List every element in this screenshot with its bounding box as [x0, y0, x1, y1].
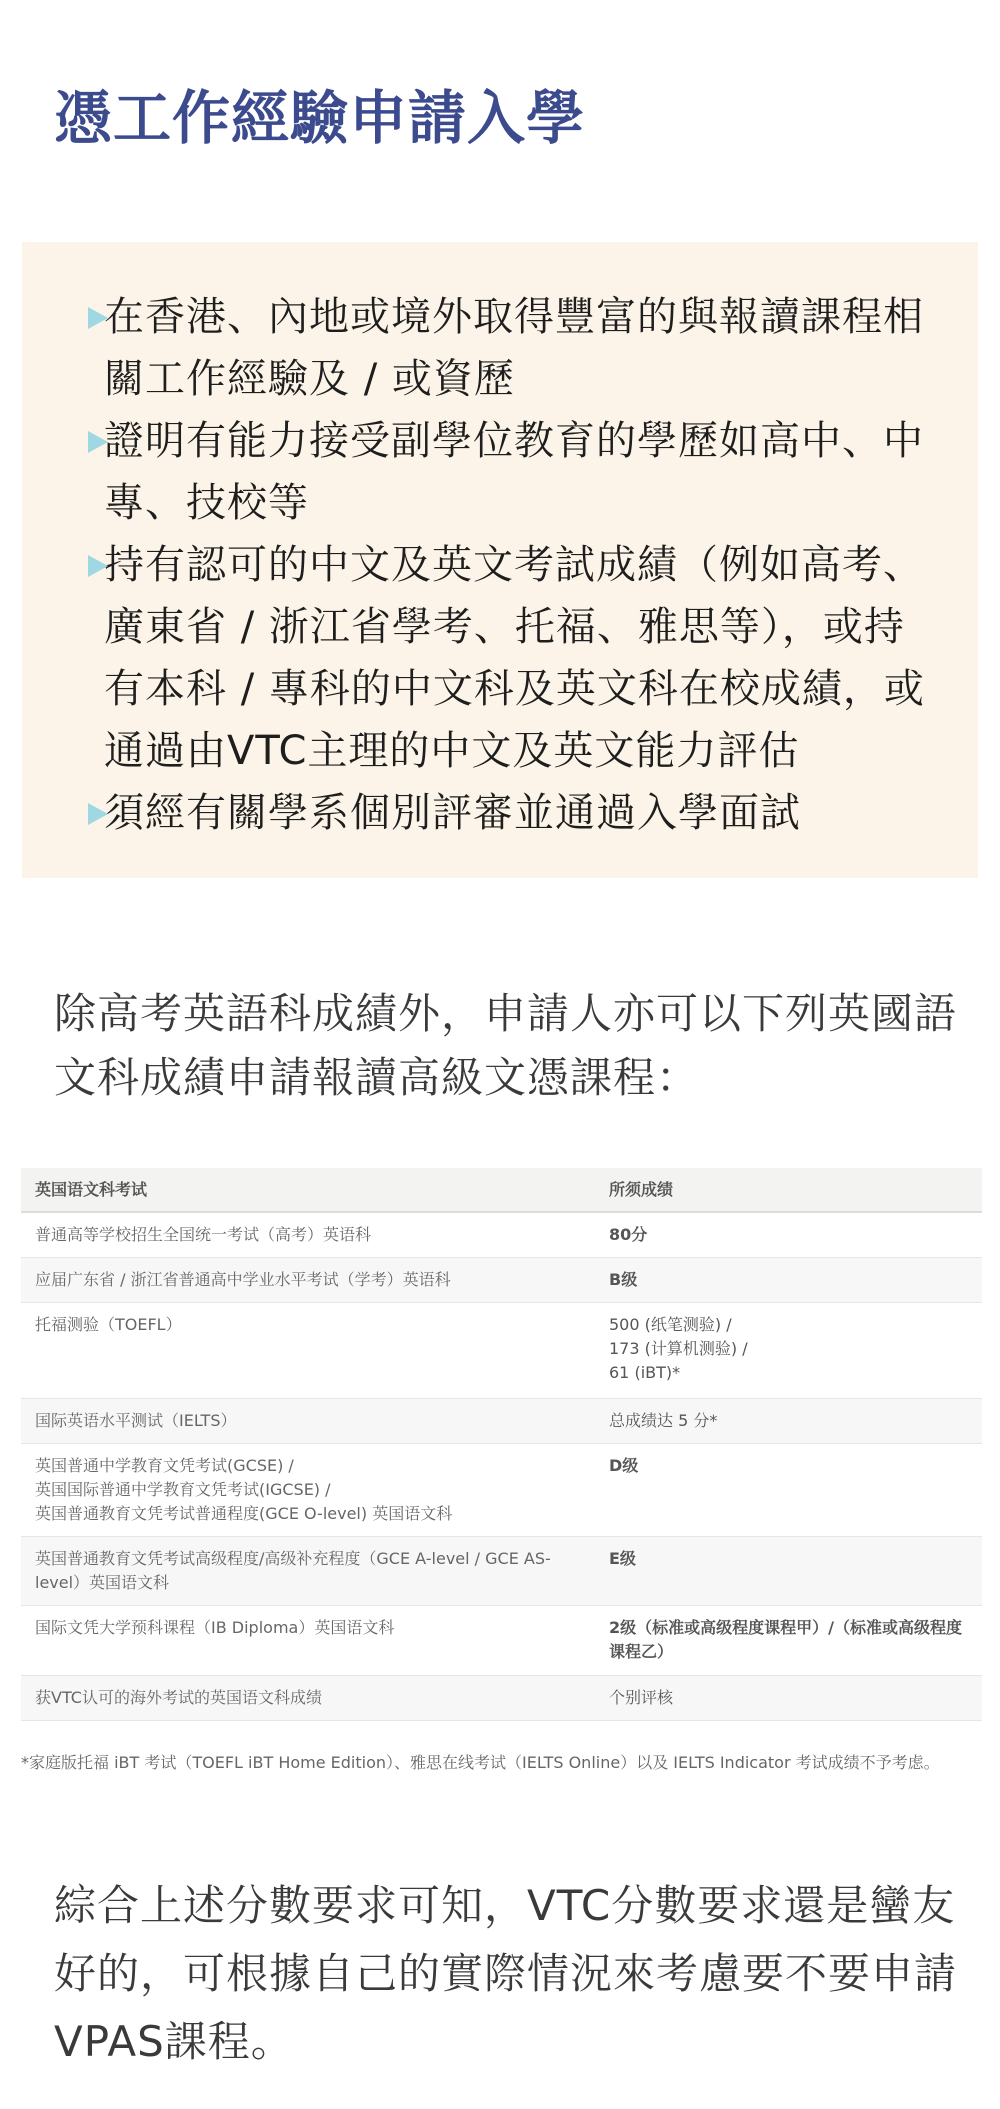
- english-requirements-table: 英国语文科考试 所须成绩 普通高等学校招生全国统一考试（高考）英语科 80分 应…: [21, 1168, 982, 1721]
- score-cell: D级: [595, 1444, 982, 1537]
- requirement-item: 持有認可的中文及英文考試成績（例如高考、廣東省 / 浙江省學考、托福、雅思等），…: [64, 534, 944, 782]
- exam-cell: 英国普通教育文凭考试高级程度/高级补充程度（GCE A-level / GCE …: [21, 1537, 595, 1606]
- triangle-right-icon: [88, 803, 108, 825]
- table-row: 获VTC认可的海外考试的英国语文科成绩 个别评核: [21, 1676, 982, 1721]
- score-cell: E级: [595, 1537, 982, 1606]
- requirement-text: 證明有能力接受副學位教育的學歷如高中、中專、技校等: [104, 418, 924, 526]
- triangle-right-icon: [88, 431, 108, 453]
- requirement-item: 在香港、內地或境外取得豐富的與報讀課程相關工作經驗及 / 或資歷: [64, 286, 944, 410]
- exam-cell: 获VTC认可的海外考试的英国语文科成绩: [21, 1676, 595, 1721]
- requirement-text: 須經有關學系個別評審並通過入學面試: [104, 790, 801, 836]
- table-row: 应届广东省 / 浙江省普通高中学业水平考试（学考）英语科 B级: [21, 1258, 982, 1303]
- triangle-right-icon: [88, 555, 108, 577]
- exam-cell: 应届广东省 / 浙江省普通高中学业水平考试（学考）英语科: [21, 1258, 595, 1303]
- requirement-text: 在香港、內地或境外取得豐富的與報讀課程相關工作經驗及 / 或資歷: [104, 294, 924, 402]
- intro-paragraph: 除高考英語科成績外，申請人亦可以下列英國語文科成績申請報讀高級文憑課程：: [54, 982, 974, 1110]
- table-row: 国际文凭大学预科课程（IB Diploma）英国语文科 2级（标准或高级程度课程…: [21, 1606, 982, 1676]
- requirement-item: 證明有能力接受副學位教育的學歷如高中、中專、技校等: [64, 410, 944, 534]
- requirement-item: 須經有關學系個別評審並通過入學面試: [64, 782, 944, 844]
- table-row: 托福测验（TOEFL） 500 (纸笔测验) / 173 (计算机测验) / 6…: [21, 1303, 982, 1399]
- section-title: 憑工作經驗申請入學: [54, 84, 585, 152]
- header-exam: 英国语文科考试: [21, 1168, 595, 1212]
- table-header-row: 英国语文科考试 所须成绩: [21, 1168, 982, 1212]
- conclusion-paragraph: 綜合上述分數要求可知，VTC分數要求還是蠻友好的，可根據自己的實際情況來考慮要不…: [54, 1872, 974, 2076]
- exam-cell: 国际文凭大学预科课程（IB Diploma）英国语文科: [21, 1606, 595, 1676]
- score-cell: 个别评核: [595, 1676, 982, 1721]
- exam-cell: 普通高等学校招生全国统一考试（高考）英语科: [21, 1212, 595, 1258]
- requirement-text: 持有認可的中文及英文考試成績（例如高考、廣東省 / 浙江省學考、托福、雅思等），…: [104, 542, 925, 774]
- header-score: 所须成绩: [595, 1168, 982, 1212]
- table-row: 国际英语水平测试（IELTS） 总成绩达 5 分*: [21, 1399, 982, 1444]
- table-row: 普通高等学校招生全国统一考试（高考）英语科 80分: [21, 1212, 982, 1258]
- score-cell: 500 (纸笔测验) / 173 (计算机测验) / 61 (iBT)*: [595, 1303, 982, 1399]
- score-cell: 总成绩达 5 分*: [595, 1399, 982, 1444]
- triangle-right-icon: [88, 307, 108, 329]
- footnote: *家庭版托福 iBT 考试（TOEFL iBT Home Edition）、雅思…: [21, 1750, 981, 1776]
- score-cell: 80分: [595, 1212, 982, 1258]
- requirements-list: 在香港、內地或境外取得豐富的與報讀課程相關工作經驗及 / 或資歷 證明有能力接受…: [64, 286, 944, 844]
- requirements-box: 在香港、內地或境外取得豐富的與報讀課程相關工作經驗及 / 或資歷 證明有能力接受…: [22, 242, 978, 878]
- exam-cell: 英国普通中学教育文凭考试(GCSE) / 英国国际普通中学教育文凭考试(IGCS…: [21, 1444, 595, 1537]
- score-cell: B级: [595, 1258, 982, 1303]
- table-row: 英国普通教育文凭考试高级程度/高级补充程度（GCE A-level / GCE …: [21, 1537, 982, 1606]
- score-cell: 2级（标准或高级程度课程甲）/（标准或高级程度课程乙）: [595, 1606, 982, 1676]
- exam-cell: 国际英语水平测试（IELTS）: [21, 1399, 595, 1444]
- exam-cell: 托福测验（TOEFL）: [21, 1303, 595, 1399]
- table-row: 英国普通中学教育文凭考试(GCSE) / 英国国际普通中学教育文凭考试(IGCS…: [21, 1444, 982, 1537]
